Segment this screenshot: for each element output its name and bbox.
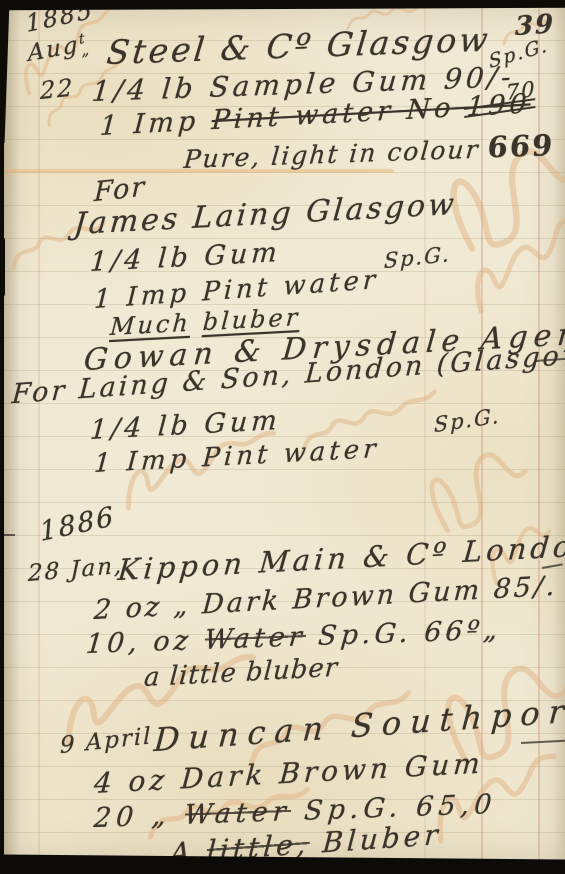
photo-edge-left: [4, 7, 9, 143]
crossed-word: Water: [183, 796, 292, 831]
colour-number: 669: [486, 128, 555, 164]
notebook-page: 1885 39 Augt„ 22 Steel & Cº Glasgow Sp.G…: [4, 7, 565, 861]
ledger-line: 1/4 lb Gum: [89, 237, 282, 278]
spg-annotation: Sp.G.: [384, 242, 452, 273]
year-heading-1886: 1886: [38, 501, 116, 548]
line-text: 1 Imp: [99, 105, 213, 142]
margin-rule-left: [38, 7, 40, 861]
note-line: a little bluber: [143, 653, 339, 693]
note-line: Pure, light in colour669: [183, 128, 556, 175]
entry-date: 9 April: [60, 723, 152, 759]
entry-date: 28 Jan,: [28, 553, 124, 587]
struck-number: 190: [466, 88, 532, 122]
crossed-word: Water: [203, 621, 307, 656]
spg-annotation: Sp.G.: [434, 404, 501, 438]
ledger-photo: { "colors": { "paper": "#f0e9d3", "ink":…: [0, 0, 565, 874]
ditto-marks: „: [81, 40, 92, 60]
photo-edge-left: [4, 237, 5, 297]
entry-title: Duncan Southport: [153, 690, 565, 759]
ink-rule: [521, 739, 565, 744]
entry-date-day: 22: [40, 73, 74, 105]
ink-dash: [4, 534, 15, 536]
note-text: Pure, light in colour: [183, 135, 481, 174]
line-text: 20 „: [93, 800, 186, 834]
underlined-word: Much: [109, 309, 192, 341]
line-text: 10, oz: [85, 625, 206, 660]
underlined-word: bluber: [202, 303, 301, 336]
line-text: Sp.G. 66º„: [304, 614, 502, 652]
month-text: Aug: [27, 32, 80, 67]
